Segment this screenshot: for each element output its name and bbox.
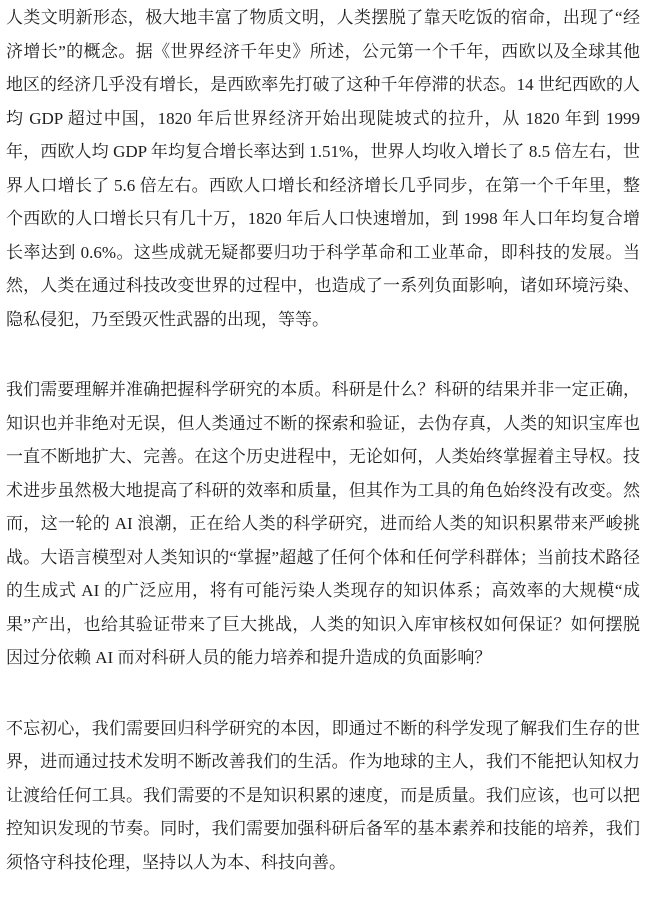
paragraph-science-research-essence: 我们需要理解并准确把握科学研究的本质。科研是什么？科研的结果并非一定正确，知识也… [6, 373, 640, 675]
document-page: 人类文明新形态，极大地丰富了物质文明，人类摆脱了靠天吃饭的宿命，出现了“经济增长… [0, 0, 647, 915]
paragraph-economic-growth: 人类文明新形态，极大地丰富了物质文明，人类摆脱了靠天吃饭的宿命，出现了“经济增长… [6, 1, 640, 336]
paragraph-original-intention: 不忘初心，我们需要回归科学研究的本因，即通过不断的科学发现了解我们生存的世界，进… [6, 712, 640, 880]
